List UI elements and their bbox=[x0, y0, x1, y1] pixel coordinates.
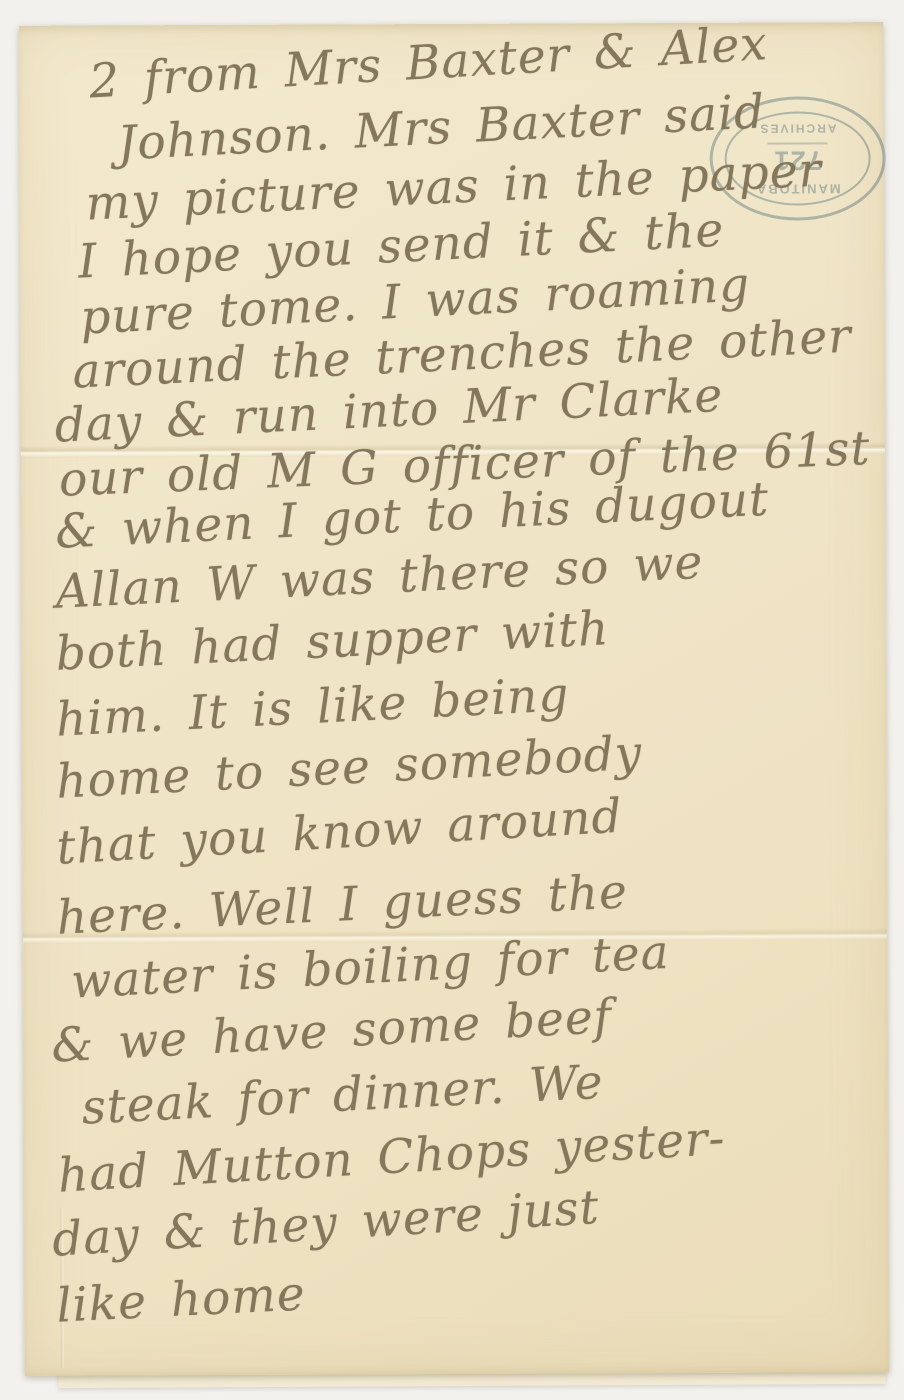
handwriting-line: like home bbox=[55, 1267, 307, 1333]
archive-stamp-text-bottom: ARCHIVES bbox=[758, 121, 836, 135]
letter-paper: MANITOBA 721 ARCHIVES 2 from Mrs Baxter … bbox=[19, 22, 889, 1376]
scanned-letter-page: MANITOBA 721 ARCHIVES 2 from Mrs Baxter … bbox=[0, 0, 904, 1400]
